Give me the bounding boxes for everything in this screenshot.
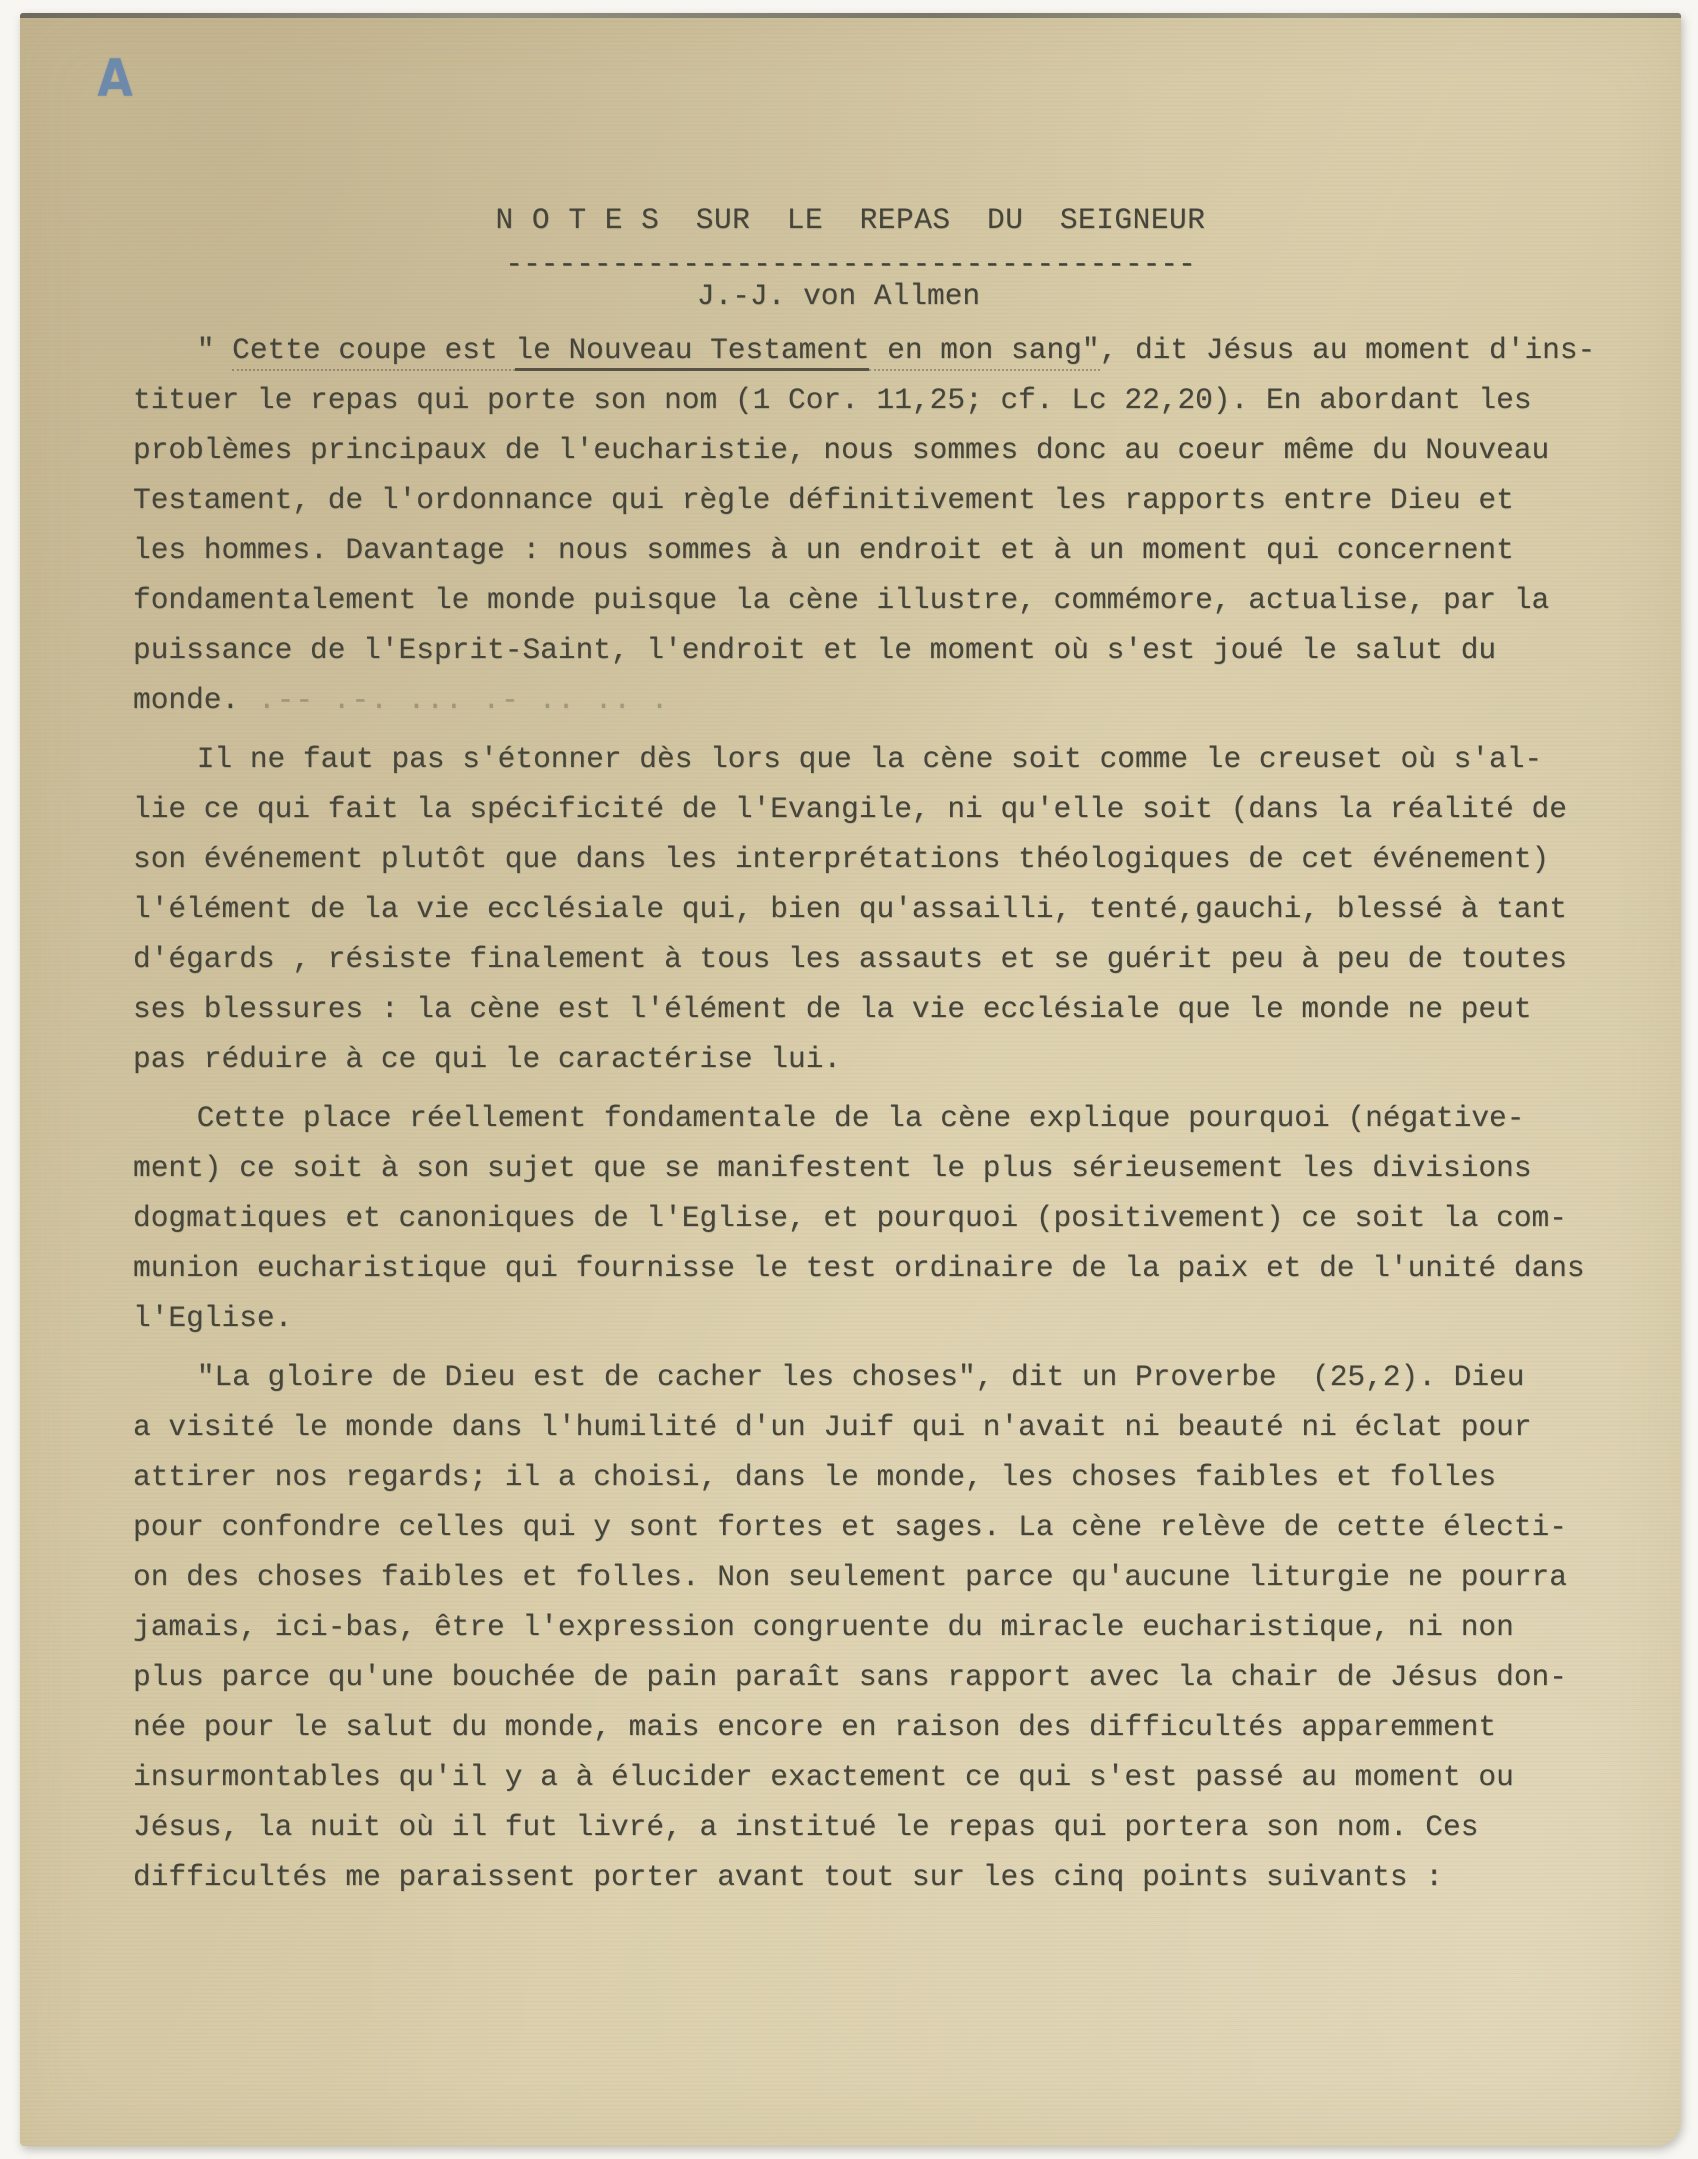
text-line: monde. .-- .-. ... .- .. .. . xyxy=(133,675,1633,725)
text-line: tituer le repas qui porte son nom (1 Cor… xyxy=(133,375,1633,425)
text-line: "La gloire de Dieu est de cacher les cho… xyxy=(133,1352,1633,1402)
text-line: dogmatiques et canoniques de l'Eglise, e… xyxy=(133,1193,1633,1243)
text-segment: , dit Jésus au moment d'ins- xyxy=(1100,333,1596,367)
paragraph: Il ne faut pas s'étonner dès lors que la… xyxy=(133,734,1633,1084)
text-line: Jésus, la nuit où il fut livré, a instit… xyxy=(133,1802,1633,1852)
text-segment: " xyxy=(197,333,232,367)
paper-sheet: A N O T E S SUR LE REPAS DU SEIGNEUR ---… xyxy=(20,13,1681,2146)
text-line: jamais, ici-bas, être l'expression congr… xyxy=(133,1602,1633,1652)
text-line: ses blessures : la cène est l'élément de… xyxy=(133,984,1633,1034)
text-line: ment) ce soit à son sujet que se manifes… xyxy=(133,1143,1633,1193)
document-title: N O T E S SUR LE REPAS DU SEIGNEUR xyxy=(20,203,1681,237)
paragraph: "La gloire de Dieu est de cacher les cho… xyxy=(133,1352,1633,1902)
text-line: Testament, de l'ordonnance qui règle déf… xyxy=(133,475,1633,525)
text-segment: monde. xyxy=(133,683,239,717)
text-line: son événement plutôt que dans les interp… xyxy=(133,834,1633,884)
text-line: difficultés me paraissent porter avant t… xyxy=(133,1852,1633,1902)
document-body: " Cette coupe est le Nouveau Testament e… xyxy=(133,325,1633,1902)
title-underline: --------------------------------------- xyxy=(20,247,1681,281)
paragraph: Cette place réellement fondamentale de l… xyxy=(133,1093,1633,1343)
text-segment: en mon sang" xyxy=(869,333,1099,371)
text-line: Cette place réellement fondamentale de l… xyxy=(133,1093,1633,1143)
paragraph: " Cette coupe est le Nouveau Testament e… xyxy=(133,325,1633,725)
text-line: insurmontables qu'il y a à élucider exac… xyxy=(133,1752,1633,1802)
text-line: pour confondre celles qui y sont fortes … xyxy=(133,1502,1633,1552)
text-line: l'élément de la vie ecclésiale qui, bien… xyxy=(133,884,1633,934)
text-line: née pour le salut du monde, mais encore … xyxy=(133,1702,1633,1752)
text-line: Il ne faut pas s'étonner dès lors que la… xyxy=(133,734,1633,784)
text-segment: Cette coupe est xyxy=(232,333,515,371)
text-line: pas réduire à ce qui le caractérise lui. xyxy=(133,1034,1633,1084)
text-line: lie ce qui fait la spécificité de l'Evan… xyxy=(133,784,1633,834)
text-line: fondamentalement le monde puisque la cèn… xyxy=(133,575,1633,625)
paper-top-edge xyxy=(20,13,1681,18)
stamp-letter-a: A xyxy=(97,49,132,109)
text-line: munion eucharistique qui fournisse le te… xyxy=(133,1243,1633,1293)
text-line: puissance de l'Esprit-Saint, l'endroit e… xyxy=(133,625,1633,675)
text-line: plus parce qu'une bouchée de pain paraît… xyxy=(133,1652,1633,1702)
text-segment: .-- .-. ... .- .. .. . xyxy=(239,683,669,717)
text-line: on des choses faibles et folles. Non seu… xyxy=(133,1552,1633,1602)
text-line: " Cette coupe est le Nouveau Testament e… xyxy=(133,325,1633,375)
scan-background: { "colors": { "paper": "#d6c9a5", "ink":… xyxy=(0,0,1698,2159)
text-line: l'Eglise. xyxy=(133,1293,1633,1343)
text-line: a visité le monde dans l'humilité d'un J… xyxy=(133,1402,1633,1452)
text-line: les hommes. Davantage : nous sommes à un… xyxy=(133,525,1633,575)
text-line: problèmes principaux de l'eucharistie, n… xyxy=(133,425,1633,475)
text-line: attirer nos regards; il a choisi, dans l… xyxy=(133,1452,1633,1502)
author-byline: J.-J. von Allmen xyxy=(8,279,1669,313)
text-line: d'égards , résiste finalement à tous les… xyxy=(133,934,1633,984)
underlined-text: le Nouveau Testament xyxy=(515,333,869,371)
